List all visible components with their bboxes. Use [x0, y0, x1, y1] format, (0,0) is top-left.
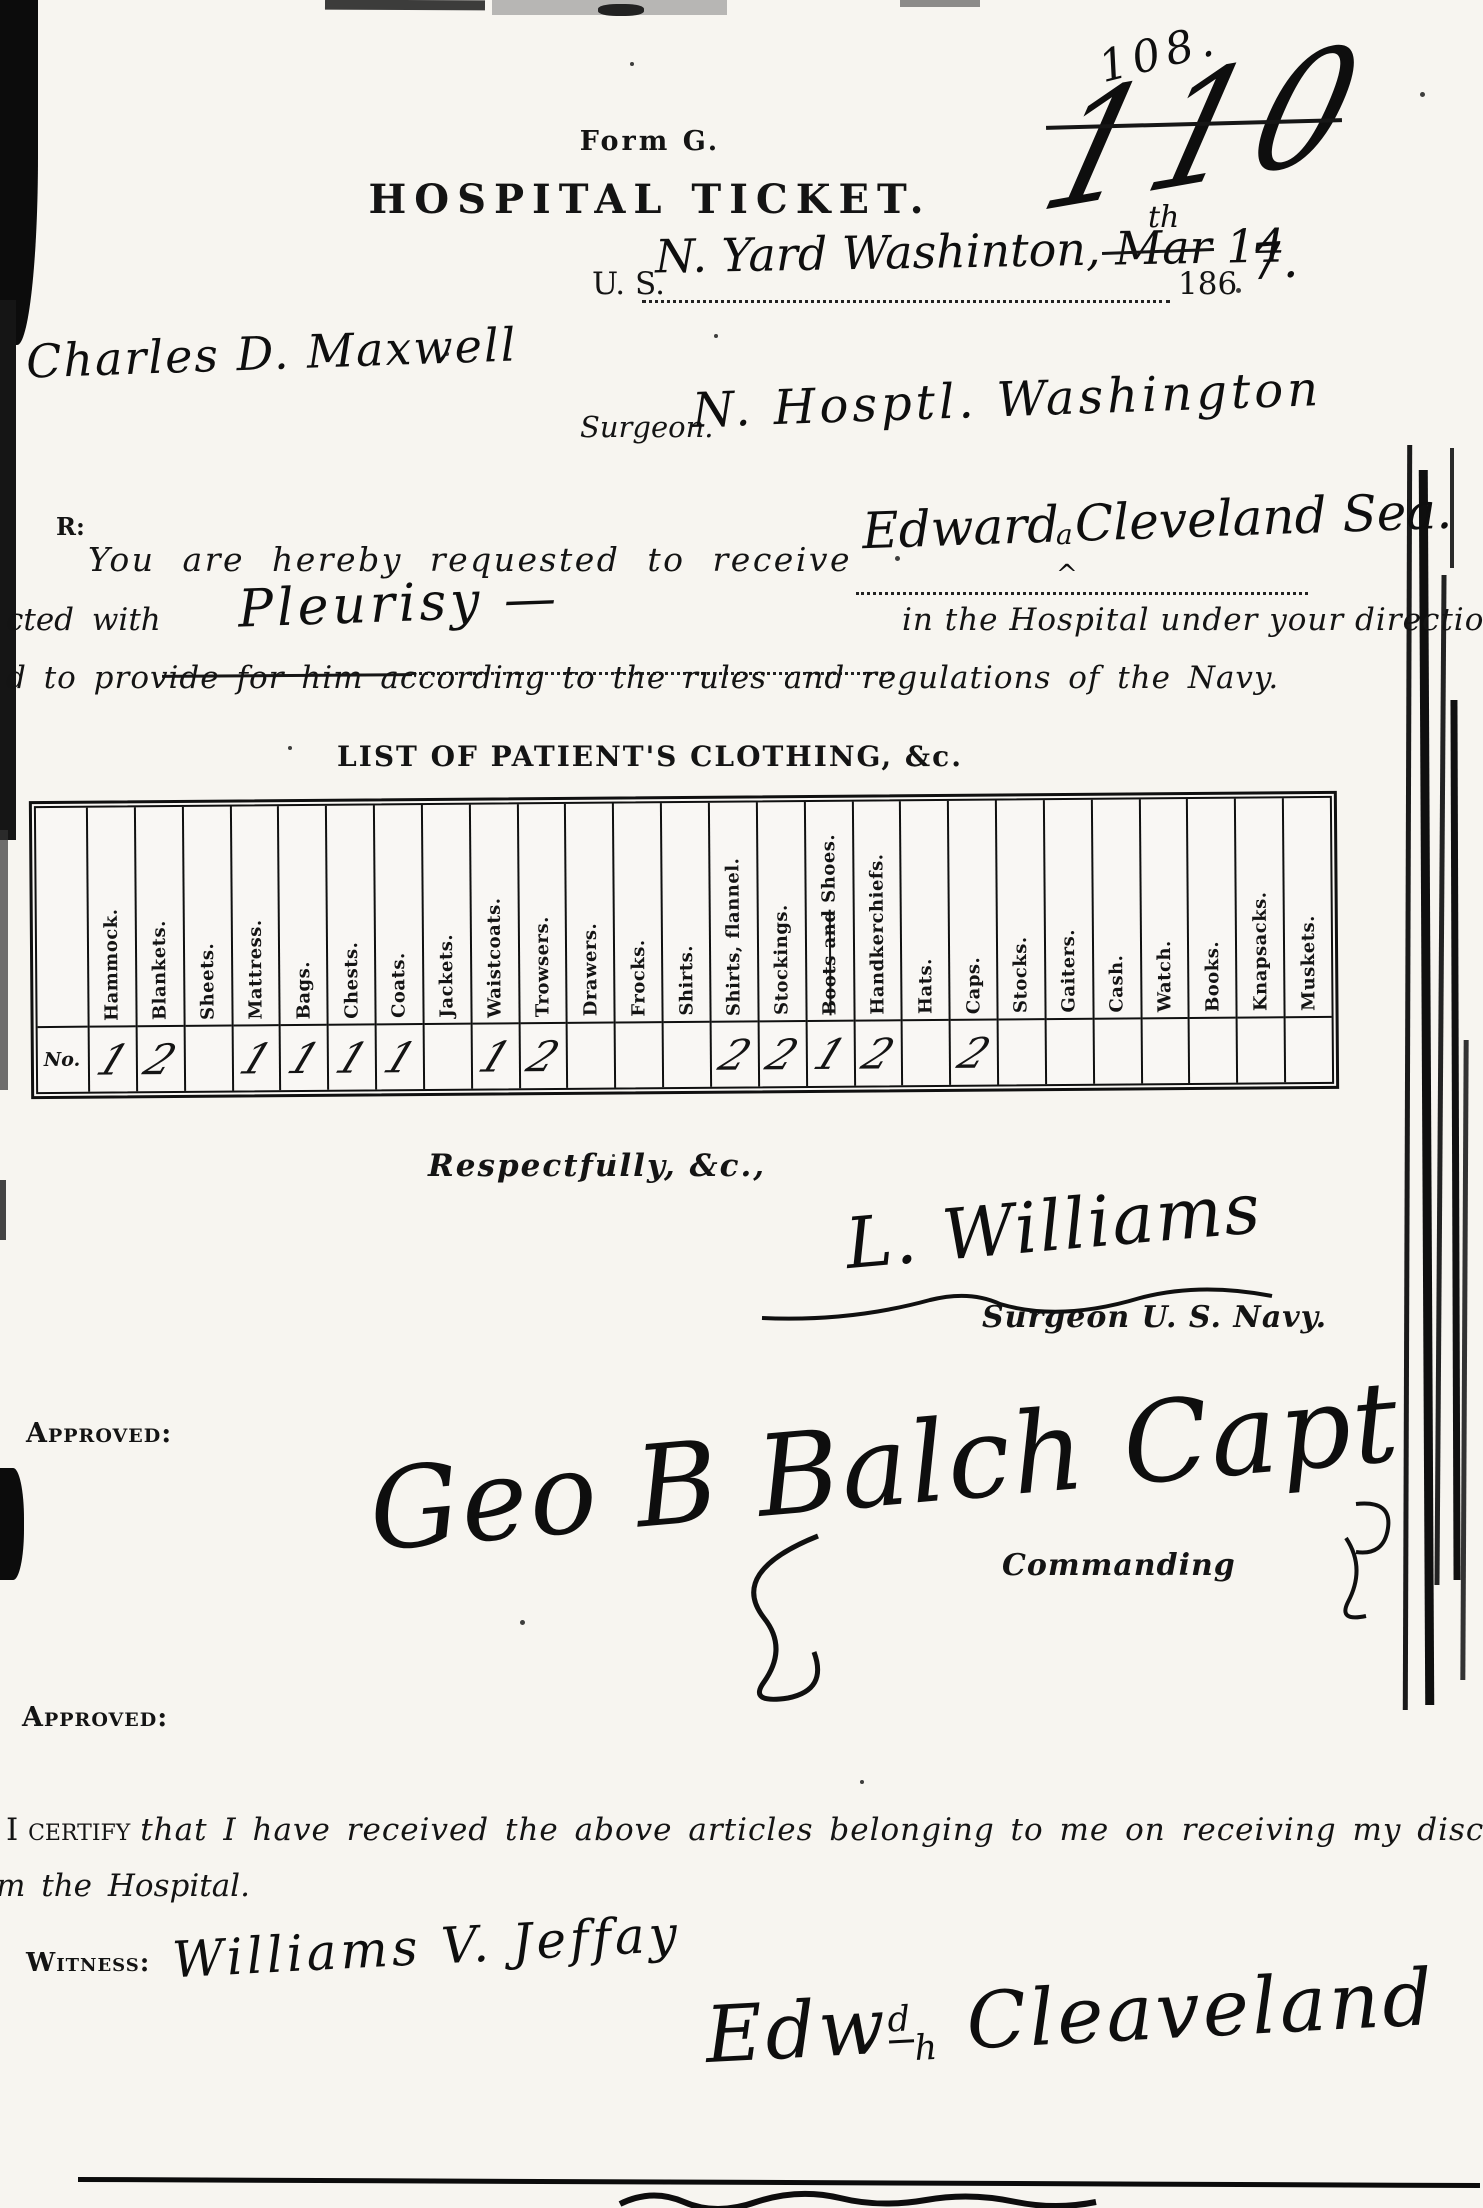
date-year-printed: 186 [1178, 266, 1237, 302]
surgeon-signature: L. Williams [842, 1167, 1265, 1285]
title-row: HOSPITAL TICKET. [0, 176, 1300, 223]
clothing-column-header: Blankets. [136, 807, 184, 1025]
clothing-column-value: 2 [759, 1020, 805, 1086]
clothing-column-header: Books. [1188, 799, 1236, 1017]
scanned-hospital-ticket: 108. 110 Form G. HOSPITAL TICKET. U. S. … [0, 0, 1483, 2208]
clothing-column-value [616, 1021, 662, 1087]
clothing-column: Chests.1 [325, 805, 375, 1089]
clothing-list-heading: LIST OF PATIENT'S CLOTHING, &c. [337, 740, 963, 773]
scan-speck [860, 1780, 864, 1784]
clothing-column-header: Coats. [375, 805, 423, 1023]
clothing-column-value: 1 [472, 1022, 518, 1088]
clothing-column-header: Hammock. [88, 807, 136, 1025]
clothing-column-header: Cash. [1093, 799, 1141, 1017]
surgeon-title: Surgeon U. S. Navy. [982, 1300, 1327, 1335]
clothing-column-value [664, 1021, 710, 1087]
clothing-column: Books. [1186, 799, 1236, 1083]
clothing-table-columns: No. Hammock.1Blankets.2Sheets.Mattress.1… [34, 796, 1334, 1094]
clothing-column-value [1190, 1017, 1236, 1083]
clothing-column-value: 2 [855, 1019, 901, 1085]
date-underline [642, 300, 1170, 303]
clothing-column-header: Sheets. [184, 807, 232, 1025]
certify-line: I certify that I have received the above… [6, 1812, 1483, 1848]
clothing-column-header: Shirts, flannel. [710, 802, 758, 1020]
clothing-column: Shirts, flannel.2 [708, 802, 758, 1086]
clothing-column-value: 1 [90, 1025, 136, 1091]
patient-name-handwritten: Edward Cleveland Sea. [861, 482, 1453, 561]
clothing-column: Stockings.2 [756, 802, 806, 1086]
clothing-column-value: 2 [712, 1020, 758, 1086]
clothing-column-value [1142, 1017, 1188, 1083]
clothing-column: Frocks. [612, 803, 662, 1087]
clothing-column-header: Gaiters. [1045, 800, 1093, 1018]
clothing-column-header: Trowsers. [518, 804, 566, 1022]
clothing-column-header: Drawers. [566, 804, 614, 1022]
caret-inserted-letter: a [1056, 518, 1073, 551]
clothing-column: Sheets. [182, 807, 232, 1091]
clothing-column-value [1286, 1016, 1332, 1082]
provide-line: d to provide for him according to the ru… [6, 660, 1279, 696]
clothing-column: Caps.2 [947, 801, 997, 1085]
clothing-column-header: Jackets. [423, 805, 471, 1023]
clothing-column-value [999, 1018, 1045, 1084]
commanding-label: Commanding [1002, 1548, 1236, 1583]
scan-speck [714, 334, 718, 338]
clothing-row-label-cell: No. [38, 1026, 89, 1092]
clothing-column-value [568, 1022, 614, 1088]
certify-continuation: m the Hospital. [0, 1868, 250, 1904]
clothing-column-header: Boots and Shoes. [806, 802, 854, 1020]
salutation-fragment: R: [56, 512, 85, 541]
clothing-column: Waistcoats.1 [469, 804, 519, 1088]
clothing-column-header: Knapsacks. [1236, 798, 1284, 1016]
clothing-column: Mattress.1 [229, 806, 279, 1090]
clothing-column: Handkerchiefs.2 [851, 801, 901, 1085]
clothing-column-value: 1 [233, 1024, 279, 1090]
clothing-column-header: Frocks. [614, 803, 662, 1021]
date-day-suffix: th [1148, 200, 1179, 235]
approved-label-2: Approved: [22, 1702, 168, 1733]
scan-edge-left-mark [0, 1180, 6, 1240]
diagnosis-handwritten: Pleurisy — [237, 568, 561, 639]
clothing-column: Knapsacks. [1234, 798, 1284, 1082]
clothing-column: Stocks. [995, 800, 1045, 1084]
clothing-column: Muskets. [1282, 798, 1332, 1082]
clothing-column-value [903, 1019, 949, 1085]
clothing-table: No. Hammock.1Blankets.2Sheets.Mattress.1… [29, 791, 1339, 1099]
scan-top-mark-3 [598, 4, 644, 16]
clothing-column-value: 2 [137, 1025, 183, 1091]
caret-mark: ^ [1056, 560, 1078, 590]
surgeon-station-handwritten: N. Hosptl. Washington [691, 361, 1323, 439]
clothing-column: Drawers. [564, 804, 614, 1088]
clothing-column-header: Shirts. [662, 803, 710, 1021]
clothing-column-value [185, 1025, 231, 1091]
commander-signature-flourish [668, 1532, 888, 1712]
form-label-row: Form G. [0, 126, 1300, 157]
certify-lead-in: I certify [6, 1812, 130, 1848]
clothing-column-header: Stocks. [997, 800, 1045, 1018]
respectfully-closing: Respectfully, &c., [428, 1148, 766, 1184]
surgeon-name-handwritten: Charles D. Maxwell [25, 317, 518, 388]
scan-top-mark-4 [900, 0, 980, 7]
clothing-column-value [1046, 1018, 1092, 1084]
clothing-column-value [1094, 1017, 1140, 1083]
form-label: Form G. [580, 126, 720, 157]
approved-label-1: Approved: [26, 1418, 172, 1449]
clothing-no-column: No. [36, 808, 88, 1092]
patient-signature: Edwdh Cleaveland [703, 1953, 1437, 2081]
clothing-column-value [1238, 1016, 1284, 1082]
clothing-column: Watch. [1138, 799, 1188, 1083]
commanding-scrawl [1296, 1498, 1426, 1628]
clothing-heading-row: LIST OF PATIENT'S CLOTHING, &c. [0, 740, 1300, 773]
clothing-column-header: Waistcoats. [471, 804, 519, 1022]
scan-edge-left-low [0, 830, 8, 1090]
scan-bottom-scrawl [610, 2186, 1170, 2208]
scan-speck [630, 62, 634, 66]
request-underline [856, 592, 1308, 595]
clothing-column-header: Handkerchiefs. [853, 801, 901, 1019]
clothing-column: Bags.1 [277, 806, 327, 1090]
clothing-column: Boots and Shoes.1 [804, 802, 854, 1086]
scan-speck [1420, 92, 1425, 97]
witness-name-handwritten: Williams V. Jeffay [171, 1905, 682, 1990]
clothing-column-value: 1 [807, 1020, 853, 1086]
clothing-column-header: Hats. [901, 801, 949, 1019]
clothing-column-value: 1 [377, 1023, 423, 1089]
clothing-column: Gaiters. [1043, 800, 1093, 1084]
clothing-column: Shirts. [660, 803, 710, 1087]
scan-edge-left-top [0, 0, 38, 345]
scan-edge-left-blob [0, 1468, 24, 1580]
clothing-column: Trowsers.2 [516, 804, 566, 1088]
scan-scratch-right-5 [1460, 1040, 1468, 1680]
affliction-prefix: cted with [6, 602, 161, 638]
clothing-column-header: Caps. [949, 801, 997, 1019]
clothing-column-header: Bags. [279, 806, 327, 1024]
affliction-suffix: in the Hospital under your direction, [902, 602, 1483, 638]
clothing-column: Hats. [899, 801, 949, 1085]
clothing-column: Hammock.1 [86, 807, 136, 1091]
clothing-column-value: 2 [520, 1022, 566, 1088]
clothing-column: Cash. [1091, 799, 1141, 1083]
date-printed-prefix: U. S. [592, 266, 665, 302]
clothing-column-value: 1 [281, 1024, 327, 1090]
clothing-column-header: Stockings. [758, 802, 806, 1020]
scan-speck [520, 1620, 525, 1625]
patient-signature-subscript: h [913, 2027, 941, 2069]
clothing-row-label: No. [38, 1049, 80, 1071]
clothing-column-value [425, 1023, 471, 1089]
clothing-column: Jackets. [421, 805, 471, 1089]
clothing-column-value: 2 [951, 1019, 997, 1085]
clothing-column-value: 1 [329, 1023, 375, 1089]
patient-signature-prefix: Edw [703, 1982, 890, 2081]
clothing-no-column-header [36, 808, 88, 1026]
clothing-column-header: Mattress. [231, 806, 279, 1024]
patient-signature-superscript: d [886, 1998, 914, 2043]
document-title: HOSPITAL TICKET. [368, 176, 931, 223]
certify-body: that I have received the above articles … [140, 1812, 1483, 1848]
clothing-column: Blankets.2 [134, 807, 184, 1091]
scan-top-mark-1 [325, 0, 485, 10]
patient-signature-surname: Cleaveland [964, 1953, 1437, 2067]
scan-scratch-right-4 [1450, 700, 1460, 1580]
clothing-column-header: Chests. [327, 805, 375, 1023]
clothing-column-header: Watch. [1140, 799, 1188, 1017]
clothing-column: Coats.1 [373, 805, 423, 1089]
clothing-column-header: Muskets. [1284, 798, 1332, 1016]
scan-scratch-right-3 [1434, 575, 1446, 1585]
date-year-digit: 7. [1248, 230, 1300, 291]
witness-label: Witness: [26, 1948, 150, 1978]
